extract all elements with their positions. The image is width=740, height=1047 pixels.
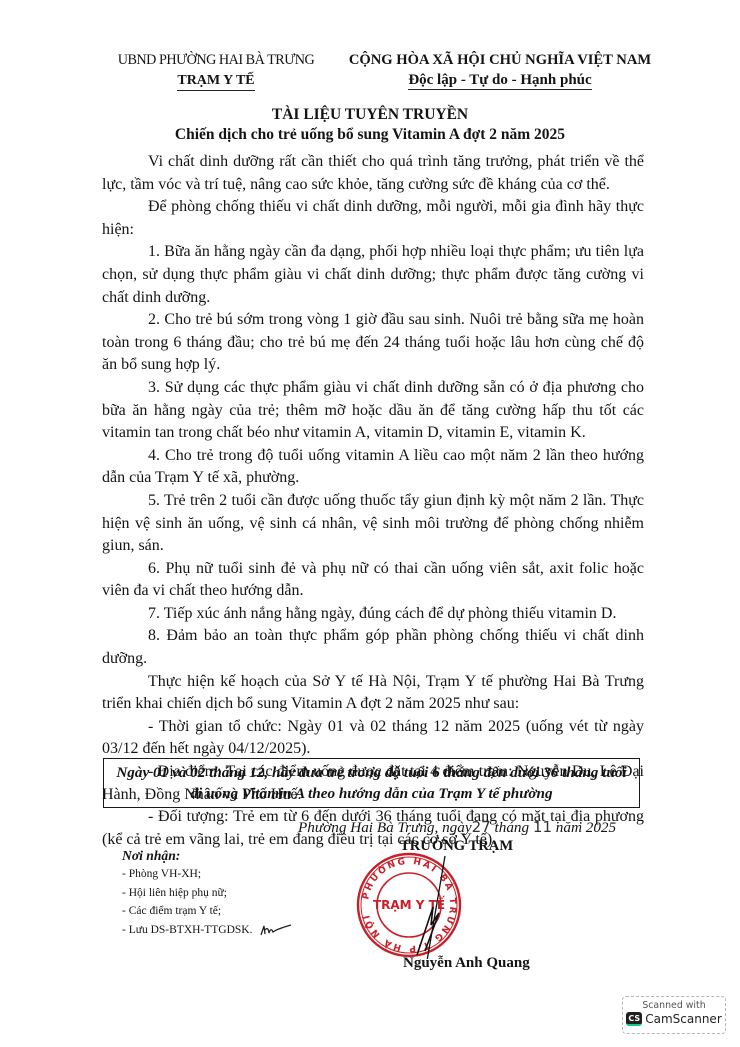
body-paragraph: Vi chất dinh dưỡng rất cần thiết cho quá… [102,151,644,196]
recipient-item: - Lưu DS-BTXH-TTGDSK. [122,921,293,939]
recipients-list: Nơi nhận: - Phòng VH-XH; - Hội liên hiệp… [122,847,293,939]
body-paragraph: Để phòng chống thiếu vi chất dinh dưỡng,… [102,196,644,241]
watermark-caption: Scanned with [623,1000,725,1011]
handwritten-month: 11 [533,818,552,836]
issuing-authority-block: UBND PHƯỜNG HAI BÀ TRƯNG TRẠM Y TẾ [100,50,332,91]
callout-line-1: Ngày 01 và 02 tháng 12, hãy đưa trẻ tron… [108,762,635,783]
recipient-item: - Hội liên hiệp phụ nữ; [122,884,293,902]
recipients-label: Nơi nhận: [122,847,293,865]
body-paragraph: 3. Sử dụng các thực phẩm giàu vi chất di… [102,377,644,445]
watermark-brand: CamScanner [645,1012,722,1026]
camscanner-watermark: Scanned with CS CamScanner [622,996,726,1034]
document-body: Vi chất dinh dưỡng rất cần thiết cho quá… [102,151,644,851]
office-name: TRẠM Y TẾ [177,72,254,91]
place-prefix: Phường Hai Bà Trưng, ngày [298,819,472,836]
initials-scribble-icon [259,923,293,937]
place-and-date: Phường Hai Bà Trưng, ngày27 tháng 11 năm… [298,818,648,837]
document-subtitle: Chiến dịch cho trẻ uống bổ sung Vitamin … [100,125,640,145]
month-label: tháng [495,819,530,836]
body-paragraph: 7. Tiếp xúc ánh nắng hằng ngày, đúng các… [102,603,644,626]
body-paragraph: 5. Trẻ trên 2 tuổi cần được uống thuốc t… [102,490,644,558]
camscanner-logo-icon: CS [626,1012,642,1026]
document-title-block: TÀI LIỆU TUYÊN TRUYỀN Chiến dịch cho trẻ… [100,105,640,145]
body-paragraph: 2. Cho trẻ bú sớm trong vòng 1 giờ đầu s… [102,309,644,377]
body-paragraph: Thực hiện kế hoạch của Sở Y tế Hà Nội, T… [102,671,644,716]
document-title: TÀI LIỆU TUYÊN TRUYỀN [100,105,640,125]
svg-text:TRẠM Y TẾ: TRẠM Y TẾ [373,896,446,912]
authority-name: UBND PHƯỜNG HAI BÀ TRƯNG [100,50,332,70]
callout-line-2: đi uống Vitamin A theo hướng dẫn của Trạ… [108,783,635,804]
national-header-block: CỘNG HÒA XÃ HỘI CHỦ NGHĨA VIỆT NAM Độc l… [335,50,665,90]
body-paragraph: - Thời gian tổ chức: Ngày 01 và 02 tháng… [102,716,644,761]
year-label: năm 2025 [556,819,616,836]
body-paragraph: 6. Phụ nữ tuổi sinh đẻ và phụ nữ có thai… [102,558,644,603]
recipient-item: - Các điểm trạm Y tế; [122,902,293,920]
signer-name: Nguyễn Anh Quang [403,955,530,972]
body-paragraph: 4. Cho trẻ trong độ tuổi uống vitamin A … [102,445,644,490]
official-stamp-icon: PHƯỜNG HAI BÀ TRƯNG T.P HÀ NỘI ★ U.B.N.D… [355,851,463,959]
national-motto: Độc lập - Tự do - Hạnh phúc [408,71,591,90]
highlight-callout-box: Ngày 01 và 02 tháng 12, hãy đưa trẻ tron… [103,758,640,808]
body-paragraph: 8. Đảm bảo an toàn thực phẩm góp phần ph… [102,625,644,670]
body-paragraph: 1. Bữa ăn hằng ngày cần đa dạng, phối hợ… [102,241,644,309]
handwritten-day: 27 [472,818,491,836]
nation-name: CỘNG HÒA XÃ HỘI CHỦ NGHĨA VIỆT NAM [335,50,665,70]
recipient-item: - Phòng VH-XH; [122,865,293,883]
